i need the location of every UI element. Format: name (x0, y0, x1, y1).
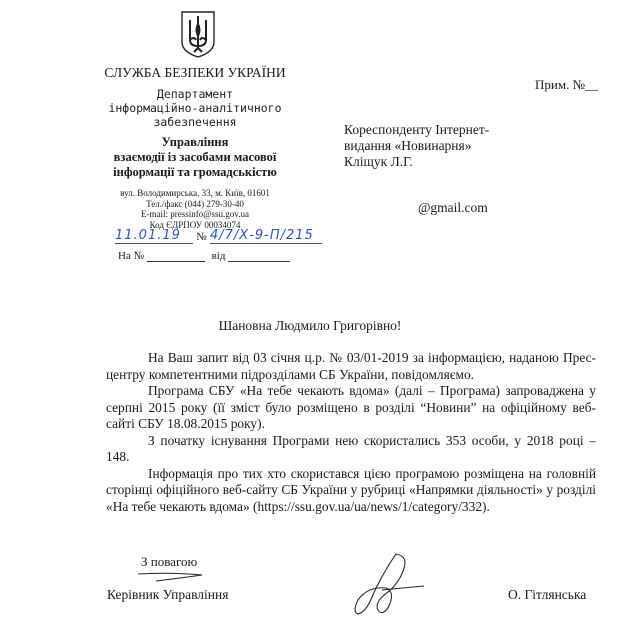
email: E-mail: pressinfo@ssu.gov.ua (95, 209, 295, 220)
regards-underline-icon (136, 570, 206, 588)
paragraph: Інформація про тих хто скористався цією … (106, 466, 596, 516)
recipient-email: @gmail.com (418, 200, 488, 216)
note-number: Прим. №__ (535, 77, 598, 93)
regards: З повагою (141, 554, 197, 570)
trident-emblem-icon (180, 10, 216, 58)
outgoing-registration: 11.01.19 № 4/7/Х-9-П/215 (115, 228, 335, 244)
salutation: Шановна Людмило Григорівно! (60, 318, 560, 334)
number-sign: № (196, 231, 207, 243)
outgoing-date: 11.01.19 (115, 228, 193, 244)
paragraph: З початку існування Програми нею скорист… (106, 433, 596, 466)
org-name: СЛУЖБА БЕЗПЕКИ УКРАЇНИ (95, 65, 295, 81)
reply-date-field (228, 261, 290, 262)
contact-block: вул. Володимирська, 33, м. Київ, 01601 Т… (95, 188, 295, 230)
paragraph: Програма СБУ «На тебе чекають вдома» (да… (106, 383, 596, 433)
address: вул. Володимирська, 33, м. Київ, 01601 (95, 188, 295, 199)
letter-body: На Ваш запит від 03 січня ц.р. № 03/01-2… (106, 350, 596, 515)
signatory-name: О. Гітлянська (508, 587, 586, 603)
directorate-name: Управління взаємодії із засобами масової… (95, 135, 295, 180)
position-title: Керівник Управління (107, 587, 228, 603)
outgoing-number: 4/7/Х-9-П/215 (210, 228, 322, 244)
reply-to-line: На № від (118, 250, 290, 262)
signature-icon (352, 552, 432, 623)
department-name: Департамент інформаційно-аналітичного за… (95, 87, 295, 129)
recipient-block: Кореспонденту Інтернет- видання «Новинар… (344, 122, 489, 170)
phone: Тел./факс (044) 279-30-40 (95, 199, 295, 210)
reply-number-field (147, 261, 205, 262)
paragraph: На Ваш запит від 03 січня ц.р. № 03/01-2… (106, 350, 596, 383)
